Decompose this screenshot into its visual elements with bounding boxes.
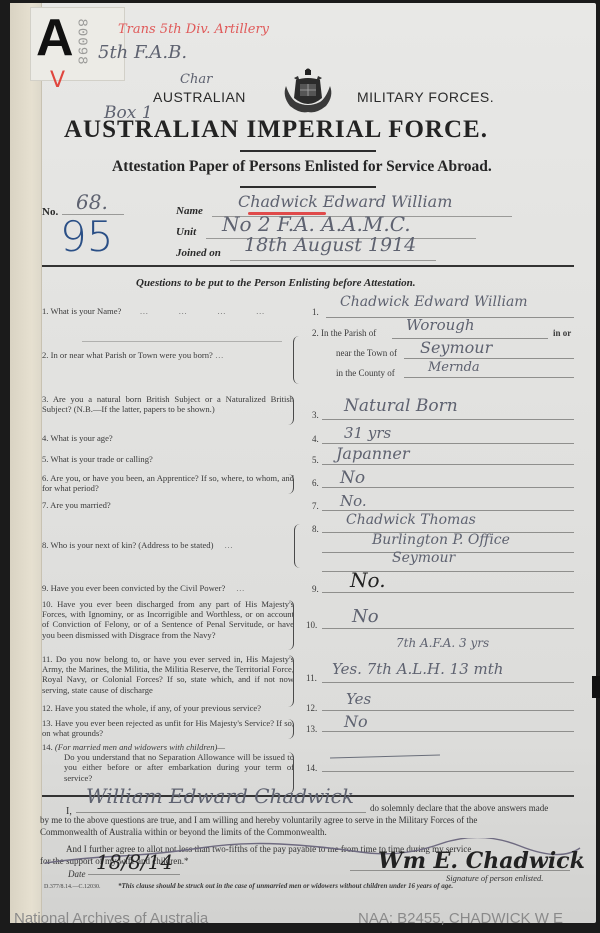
- answer-4: 31 yrs: [344, 424, 391, 442]
- watermark-right: NAA: B2455, CHADWICK W E: [358, 910, 563, 927]
- answer-line-2b: [404, 358, 574, 359]
- stamp-number: 80098: [74, 18, 90, 65]
- answer-9: No.: [350, 568, 386, 592]
- date-line: [88, 874, 180, 875]
- answer-num-12: 12.: [306, 703, 317, 713]
- annotation-pencil: Char: [180, 72, 212, 87]
- corner-letter: A: [36, 12, 76, 64]
- question-2: 2. In or near what Parish or Town were y…: [42, 350, 224, 360]
- answer-7: No.: [340, 492, 367, 510]
- answer-11-line1: 7th A.F.A. 3 yrs: [396, 636, 489, 650]
- question-1: 1. What is your Name? … … … …: [42, 306, 278, 316]
- title-rule: [240, 150, 376, 152]
- answer-5: Japanner: [336, 444, 409, 463]
- q6-bracket: [288, 474, 294, 494]
- answer-num-13: 13.: [306, 724, 317, 734]
- answer-11-line2: Yes. 7th A.L.H. 13 mth: [332, 660, 503, 678]
- answer-num-7: 7.: [312, 501, 319, 511]
- answer-2-parish-label: 2. In the Parish of: [312, 328, 376, 338]
- answer-line-12: [322, 710, 574, 711]
- joined-label: Joined on: [176, 247, 221, 259]
- answer-2-parish: Worough: [406, 316, 475, 334]
- answer-13: No: [344, 712, 368, 731]
- answer-line-14: [322, 771, 574, 772]
- answer-2-county-label: in the County of: [336, 368, 395, 378]
- answer-12: Yes: [346, 690, 371, 708]
- answer-num-9: 9.: [312, 584, 319, 594]
- answer-line-13: [322, 731, 574, 732]
- watermark-left: National Archives of Australia: [14, 910, 208, 927]
- answer-num-6: 6.: [312, 478, 319, 488]
- declaration-line-3: Commonwealth of Australia within or beyo…: [40, 826, 327, 838]
- answer-8-town: Seymour: [392, 550, 455, 566]
- q11-bracket: [288, 655, 294, 707]
- answer-num-1: 1.: [312, 307, 319, 317]
- annotation-unit: 5th F.A.B.: [98, 42, 187, 63]
- declaration-name: William Edward Chadwick: [86, 784, 354, 808]
- answer-2-suffix: in or: [553, 328, 571, 338]
- answer-line-2c: [404, 377, 574, 378]
- signature-label: Signature of person enlisted.: [446, 872, 543, 884]
- q2-separator: [82, 341, 282, 342]
- question-7: 7. Are you married?: [42, 500, 111, 510]
- question-12: 12. Have you stated the whole, if any, o…: [42, 703, 261, 713]
- answer-2-county: Mernda: [428, 360, 480, 375]
- question-14: 14. (For married men and widowers with c…: [42, 742, 294, 783]
- q8-bracket: [294, 524, 300, 568]
- annotation-red-transfer: Trans 5th Div. Artillery: [118, 22, 269, 37]
- date-label: Date: [68, 868, 86, 880]
- footnote: *This clause should be struck out in the…: [118, 882, 453, 890]
- red-tick-mark: V: [50, 68, 65, 93]
- answer-line-3: [322, 419, 574, 420]
- question-3: 3. Are you a natural born British Subjec…: [42, 394, 294, 414]
- joined-value: 18th August 1914: [244, 234, 416, 256]
- answer-num-10: 10.: [306, 620, 317, 630]
- blue-reg-number: 95: [60, 212, 113, 261]
- answer-line-10: [322, 628, 574, 629]
- q3-bracket: [288, 395, 294, 425]
- answer-line-11: [322, 682, 574, 683]
- answer-2-town: Seymour: [420, 338, 492, 357]
- question-9: 9. Have you ever been convicted by the C…: [42, 583, 245, 593]
- form-code: D.377/8.14.—C.12030.: [44, 884, 101, 890]
- answer-line-9: [322, 592, 574, 593]
- answer-8-name: Chadwick Thomas: [346, 512, 476, 528]
- answer-6: No: [340, 468, 365, 488]
- name-value: Chadwick Edward William: [238, 192, 452, 211]
- no-value: 68.: [76, 190, 108, 214]
- unit-value: No 2 F.A. A.A.M.C.: [222, 212, 411, 236]
- declaration-line-1: do solemnly declare that the above answe…: [370, 802, 548, 814]
- coat-of-arms-icon: [276, 68, 340, 116]
- question-11: 11. Do you now belong to, or have you ev…: [42, 654, 294, 695]
- answer-num-3: 3.: [312, 410, 319, 420]
- subtitle-rule: [240, 186, 376, 188]
- no-label: No.: [42, 206, 58, 218]
- document-title: AUSTRALIAN IMPERIAL FORCE.: [64, 116, 488, 144]
- answer-10: No: [352, 606, 379, 627]
- question-6: 6. Are you, or have you been, an Apprent…: [42, 473, 294, 493]
- signature-line: [350, 870, 570, 871]
- declaration-line-2: by me to the above questions are true, a…: [40, 814, 477, 826]
- date-value: 18/8/14: [96, 850, 173, 874]
- questions-heading: Questions to be put to the Person Enlist…: [136, 277, 416, 289]
- question-8: 8. Who is your next of kin? (Address to …: [42, 540, 233, 550]
- question-4: 4. What is your age?: [42, 433, 113, 443]
- answer-2-town-label: near the Town of: [336, 348, 397, 358]
- answer-num-14: 14.: [306, 763, 317, 773]
- document-subtitle: Attestation Paper of Persons Enlisted fo…: [112, 158, 492, 176]
- q2-bracket: [293, 336, 299, 384]
- answer-8-address: Burlington P. Office: [372, 532, 510, 548]
- name-label: Name: [176, 205, 203, 217]
- joined-line: [230, 260, 436, 261]
- question-10: 10. Have you ever been discharged from a…: [42, 599, 294, 640]
- unit-label: Unit: [176, 226, 196, 238]
- q13-bracket: [288, 719, 294, 739]
- binding-margin: [10, 3, 42, 923]
- answer-line-7: [322, 510, 574, 511]
- answer-3: Natural Born: [344, 396, 458, 416]
- answer-1: Chadwick Edward William: [340, 294, 528, 310]
- page-edge-tab: [592, 676, 600, 698]
- question-5: 5. What is your trade or calling?: [42, 454, 153, 464]
- answer-num-4: 4.: [312, 434, 319, 444]
- header-left: AUSTRALIAN: [153, 89, 246, 105]
- answer-line-5: [322, 464, 574, 465]
- answer-num-5: 5.: [312, 455, 319, 465]
- declaration-name-line: [76, 812, 366, 813]
- section-divider: [42, 265, 574, 267]
- answer-num-11: 11.: [306, 673, 317, 683]
- question-13: 13. Have you ever been rejected as unfit…: [42, 718, 294, 738]
- header-right: MILITARY FORCES.: [357, 89, 494, 105]
- q10-bracket: [288, 600, 294, 650]
- answer-num-8: 8.: [312, 524, 319, 534]
